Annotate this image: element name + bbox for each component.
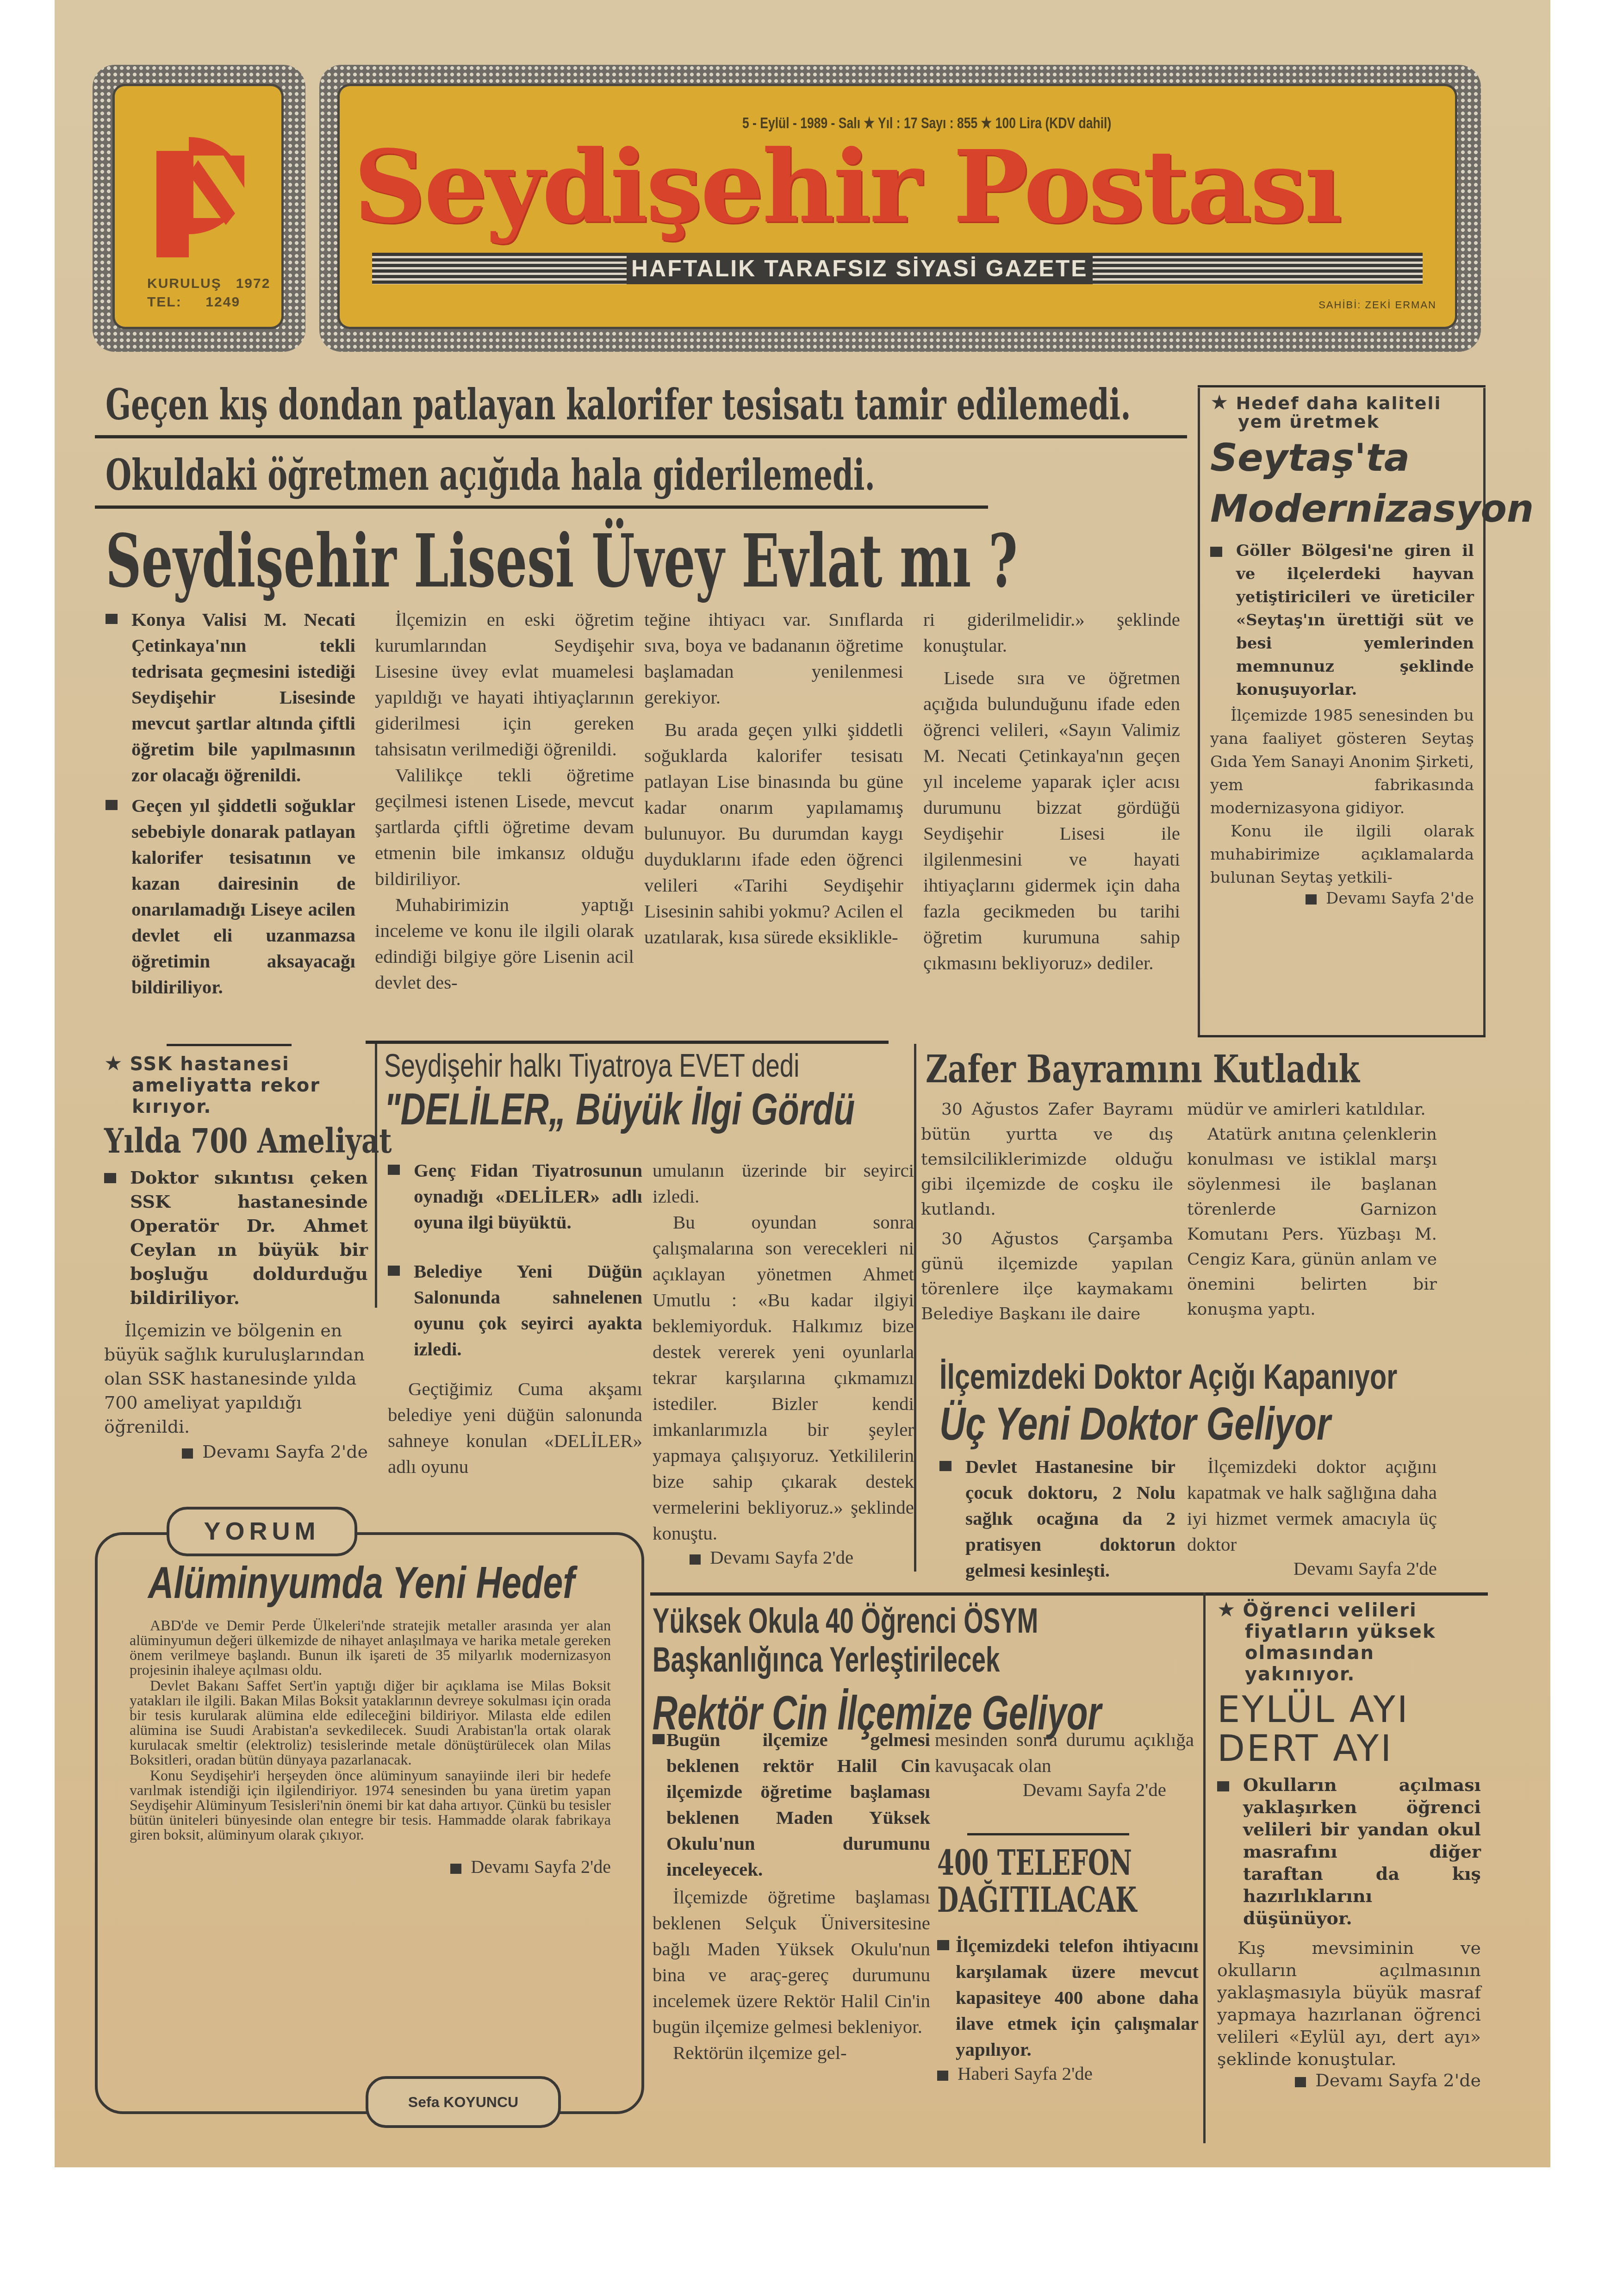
paragraph: 30 Ağustos Çarşamba günü ilçemizde yapıl… xyxy=(921,1227,1173,1327)
yorum-headline: Alüminyumda Yeni Hedef xyxy=(148,1558,575,1609)
paragraph: İlçemizde öğretime başlaması beklenen Se… xyxy=(653,1884,930,2040)
square-bullet-icon xyxy=(182,1448,193,1459)
theatre-headline: "DELİLER„ Büyük İlgi Gördü xyxy=(384,1084,796,1135)
continued-text: Devamı Sayfa 2'de xyxy=(1315,2070,1481,2090)
box-border-right xyxy=(1483,388,1486,1036)
star-icon: ★ xyxy=(104,1052,123,1075)
square-bullet-icon xyxy=(937,2071,948,2081)
kurulus-label: KURULUŞ xyxy=(147,276,222,291)
seytas-headline: Seytaş'ta Modernizasyon xyxy=(1210,433,1469,535)
divider xyxy=(650,1592,1488,1596)
continued-link[interactable]: Devamı Sayfa 2'de xyxy=(653,1546,914,1568)
tel-number: 1249 xyxy=(205,294,240,310)
theatre-bullet: Genç Fidan Tiyatrosunun oynadığı «DELİLE… xyxy=(388,1157,642,1235)
ssk-bullet: Doktor sıkıntısı çeken SSK hastanesinde … xyxy=(104,1166,368,1310)
lead-headline-3: Seydişehir Lisesi Üvey Evlat mı ? xyxy=(106,518,1018,604)
theatre-bullet: Belediye Yeni Düğün Salonunda sahnelenen… xyxy=(388,1258,642,1362)
eylul-headline-1: EYLÜL AYI xyxy=(1217,1691,1481,1729)
divider xyxy=(167,1044,292,1046)
continued-link[interactable]: Devamı Sayfa 2'de xyxy=(104,1441,368,1462)
doktor-kicker: İlçemizdeki Doktor Açığı Kapanıyor xyxy=(939,1356,1373,1398)
tel-label: TEL: xyxy=(147,294,182,310)
kicker-text: Öğrenci velileri fiyatların yüksek olmas… xyxy=(1243,1600,1436,1685)
sp-monogram-logo-icon xyxy=(129,119,267,257)
doktor-headline: Üç Yeni Doktor Geliyor xyxy=(939,1398,1373,1450)
paragraph: Rektörün ilçemize gel- xyxy=(653,2040,930,2065)
tagline: HAFTALIK TARAFSIZ SİYASİ GAZETE xyxy=(627,253,1093,284)
star-icon: ★ xyxy=(1210,391,1229,414)
newspaper-title: Seydişehir Postası xyxy=(354,128,1341,245)
paragraph: teğine ihtiyacı var. Sınıflarda sıva, bo… xyxy=(644,606,903,710)
paragraph: ri giderilmelidir.» şeklinde konuştular. xyxy=(923,606,1180,658)
telefon-headline-2: DAĞITILACAK xyxy=(937,1882,1126,1919)
telefon-headline-1: 400 TELEFON xyxy=(937,1845,1126,1882)
continued-link[interactable]: Haberi Sayfa 2'de xyxy=(937,2062,1199,2084)
eylul-story: ★Öğrenci velileri fiyatların yüksek olma… xyxy=(1217,1599,1481,2090)
zafer-col-1: 30 Ağustos Zafer Bayramı bütün yurtta ve… xyxy=(921,1097,1173,1327)
doktor-col-1: Devlet Hastanesine bir çocuk doktoru, 2 … xyxy=(939,1454,1175,1583)
paragraph: Geçtiğimiz Cuma akşamı belediye yeni düğ… xyxy=(388,1376,642,1479)
square-bullet-icon xyxy=(450,1864,461,1874)
rektor-kicker-2: Başkanlığınca Yerleştirilecek xyxy=(653,1641,1046,1679)
lead-col-4: ri giderilmelidir.» şeklinde konuştular.… xyxy=(923,606,1180,976)
seytas-kicker: ★Hedef daha kaliteli yem üretmek xyxy=(1210,393,1474,431)
paragraph: Valilikçe tekli öğretime geçilmesi isten… xyxy=(375,762,634,892)
rektor-col-2: mesinden sonra durumu açıklığa kavuşacak… xyxy=(935,1727,1194,1801)
paragraph: İlçemizde 1985 senesinden bu yana faaliy… xyxy=(1210,704,1474,820)
eylul-kicker: ★Öğrenci velileri fiyatların yüksek olma… xyxy=(1217,1599,1481,1685)
continued-link[interactable]: Devamı Sayfa 2'de xyxy=(1210,889,1474,908)
ssk-headline: Yılda 700 Ameliyat xyxy=(104,1120,320,1162)
column-divider xyxy=(1203,1592,1206,2143)
lead-bullet: Geçen yıl şiddetli soğuklar sebebiyle do… xyxy=(106,792,355,1000)
theatre-kicker: Seydişehir halkı Tiyatroya EVET dedi xyxy=(384,1047,796,1084)
yorum-body: ABD'de ve Demir Perde Ülkeleri'nde strat… xyxy=(130,1618,611,1878)
paragraph: Atatürk anıtına çelenklerin konulması ve… xyxy=(1187,1122,1437,1322)
continued-text: Devamı Sayfa 2'de xyxy=(1326,889,1474,908)
paragraph: Devlet Bakanı Saffet Sert'in yaptığı diğ… xyxy=(130,1678,611,1767)
rektor-col-1: Bugün ilçemize gelmesi beklenen rektör H… xyxy=(653,1727,930,2065)
box-border-left xyxy=(1198,388,1200,1036)
telefon-story: 400 TELEFON DAĞITILACAK İlçemizdeki tele… xyxy=(937,1845,1199,2084)
divider xyxy=(95,505,988,509)
lead-bullet: Konya Valisi M. Necati Çetinkaya'nın tek… xyxy=(106,606,355,788)
paragraph: İlçemizin en eski öğretim kurumlarından … xyxy=(375,606,634,762)
paragraph: Konu ile ilgili olarak muhabirimize açık… xyxy=(1210,820,1474,889)
paragraph: 30 Ağustos Zafer Bayramı bütün yurtta ve… xyxy=(921,1097,1173,1222)
title-frame: 5 - Eylül - 1989 - Salı ★ Yıl : 17 Sayı … xyxy=(319,65,1481,352)
divider xyxy=(95,435,1187,438)
paragraph: mesinden sonra durumu açıklığa kavuşacak… xyxy=(935,1727,1194,1778)
paragraph: Muhabirimizin yaptığı inceleme ve konu i… xyxy=(375,892,634,995)
eylul-bullet: Okulların açılması yaklaşırken öğrenci v… xyxy=(1217,1774,1481,1929)
continued-text: Devamı Sayfa 2'de xyxy=(471,1856,611,1877)
continued-text: Devamı Sayfa 2'de xyxy=(1023,1779,1166,1800)
rektor-bullet: Bugün ilçemize gelmesi beklenen rektör H… xyxy=(653,1727,930,1882)
seytas-bullet: Göller Bölgesi'ne giren il ve ilçelerdek… xyxy=(1210,539,1474,701)
box-border-top xyxy=(1198,385,1486,387)
ssk-kicker: ★SSK hastanesi ameliyatta rekor kırıyor. xyxy=(104,1053,368,1117)
owner: SAHİBİ: ZEKİ ERMAN xyxy=(1318,299,1436,311)
divider xyxy=(967,1833,1129,1835)
yorum-label: YORUM xyxy=(167,1507,357,1556)
lead-headline-2: Okuldaki öğretmen açığıda hala giderilem… xyxy=(106,450,875,500)
square-bullet-icon xyxy=(1295,2077,1306,2087)
lead-col-2: İlçemizin en eski öğretim kurumlarından … xyxy=(375,606,634,995)
zafer-headline: Zafer Bayramını Kutladık xyxy=(926,1047,1377,1092)
paragraph: müdür ve amirleri katıldılar. xyxy=(1187,1097,1437,1122)
continued-text: Haberi Sayfa 2'de xyxy=(958,2063,1093,2084)
square-bullet-icon xyxy=(1306,894,1317,905)
rektor-kicker-1: Yüksek Okula 40 Öğrenci ÖSYM xyxy=(653,1602,1046,1641)
continued-link[interactable]: Devamı Sayfa 2'de xyxy=(1217,2070,1481,2090)
lead-col-1: Konya Valisi M. Necati Çetinkaya'nın tek… xyxy=(106,606,355,1000)
paragraph: Kış mevsiminin ve okulların açılmasının … xyxy=(1217,1937,1481,2070)
column-divider xyxy=(375,1044,377,1308)
paragraph: Bu arada geçen yılki şiddetli soğuklarda… xyxy=(644,717,903,950)
paragraph: İlçemizin ve bölgenin en büyük sağlık ku… xyxy=(104,1318,368,1439)
column-divider xyxy=(914,1044,916,1572)
author-byline: Sefa KOYUNCU xyxy=(366,2076,561,2128)
theatre-story: Seydişehir halkı Tiyatroya EVET dedi "DE… xyxy=(384,1047,912,1135)
doktor-story: İlçemizdeki Doktor Açığı Kapanıyor Üç Ye… xyxy=(939,1356,1495,1450)
seytas-story: ★Hedef daha kaliteli yem üretmek Seytaş'… xyxy=(1210,393,1474,908)
ssk-story: ★SSK hastanesi ameliyatta rekor kırıyor.… xyxy=(104,1053,368,1462)
star-icon: ★ xyxy=(1217,1598,1236,1622)
rektor-story: Yüksek Okula 40 Öğrenci ÖSYM Başkanlığın… xyxy=(653,1602,1199,1743)
theatre-col-1: Genç Fidan Tiyatrosunun oynadığı «DELİLE… xyxy=(388,1157,642,1479)
paragraph: ABD'de ve Demir Perde Ülkeleri'nde strat… xyxy=(130,1618,611,1677)
continued-link[interactable]: Devamı Sayfa 2'de xyxy=(130,1856,611,1878)
doktor-bullet: Devlet Hastanesine bir çocuk doktoru, 2 … xyxy=(939,1454,1175,1583)
theatre-col-2: umulanın üzerinde bir seyirci izledi. Bu… xyxy=(653,1157,914,1568)
doktor-col-2: İlçemizdeki doktor açığını kapatmak ve h… xyxy=(1187,1454,1437,1579)
kicker-text: SSK hastanesi ameliyatta rekor kırıyor. xyxy=(130,1054,320,1117)
zafer-story: Zafer Bayramını Kutladık xyxy=(926,1047,1490,1092)
eylul-headline-2: DERT AYI xyxy=(1217,1729,1481,1768)
continued-text: Devamı Sayfa 2'de xyxy=(1293,1558,1437,1579)
lead-col-3: teğine ihtiyacı var. Sınıflarda sıva, bo… xyxy=(644,606,903,950)
paragraph: Lisede sıra ve öğretmen açığıda bulunduğ… xyxy=(923,665,1180,976)
telefon-bullet: İlçemizdeki telefon ihtiyacını karşılama… xyxy=(937,1933,1199,2062)
kurulus-year: 1972 xyxy=(236,276,271,291)
paragraph: İlçemizdeki doktor açığını kapatmak ve h… xyxy=(1187,1454,1437,1557)
square-bullet-icon xyxy=(690,1554,701,1565)
continued-text: Devamı Sayfa 2'de xyxy=(202,1441,368,1462)
continued-link[interactable]: Devamı Sayfa 2'de xyxy=(935,1778,1194,1801)
paragraph: Bu oyundan sonra çalışmalarına son verec… xyxy=(653,1209,914,1546)
paragraph: umulanın üzerinde bir seyirci izledi. xyxy=(653,1157,914,1209)
lead-headline-1: Geçen kış dondan patlayan kalorifer tesi… xyxy=(106,380,1131,430)
box-border-bottom xyxy=(1198,1035,1486,1037)
divider xyxy=(366,1041,889,1044)
kicker-text: Hedef daha kaliteli yem üretmek xyxy=(1236,393,1441,432)
continued-link[interactable]: Devamı Sayfa 2'de xyxy=(1187,1557,1437,1579)
logo-frame: KURULUŞ 1972 TEL: 1249 xyxy=(93,65,305,352)
continued-text: Devamı Sayfa 2'de xyxy=(710,1547,853,1568)
zafer-col-2: müdür ve amirleri katıldılar. Atatürk an… xyxy=(1187,1097,1437,1322)
paragraph: Konu Seydişehir'i herşeyden önce alüminy… xyxy=(130,1768,611,1842)
